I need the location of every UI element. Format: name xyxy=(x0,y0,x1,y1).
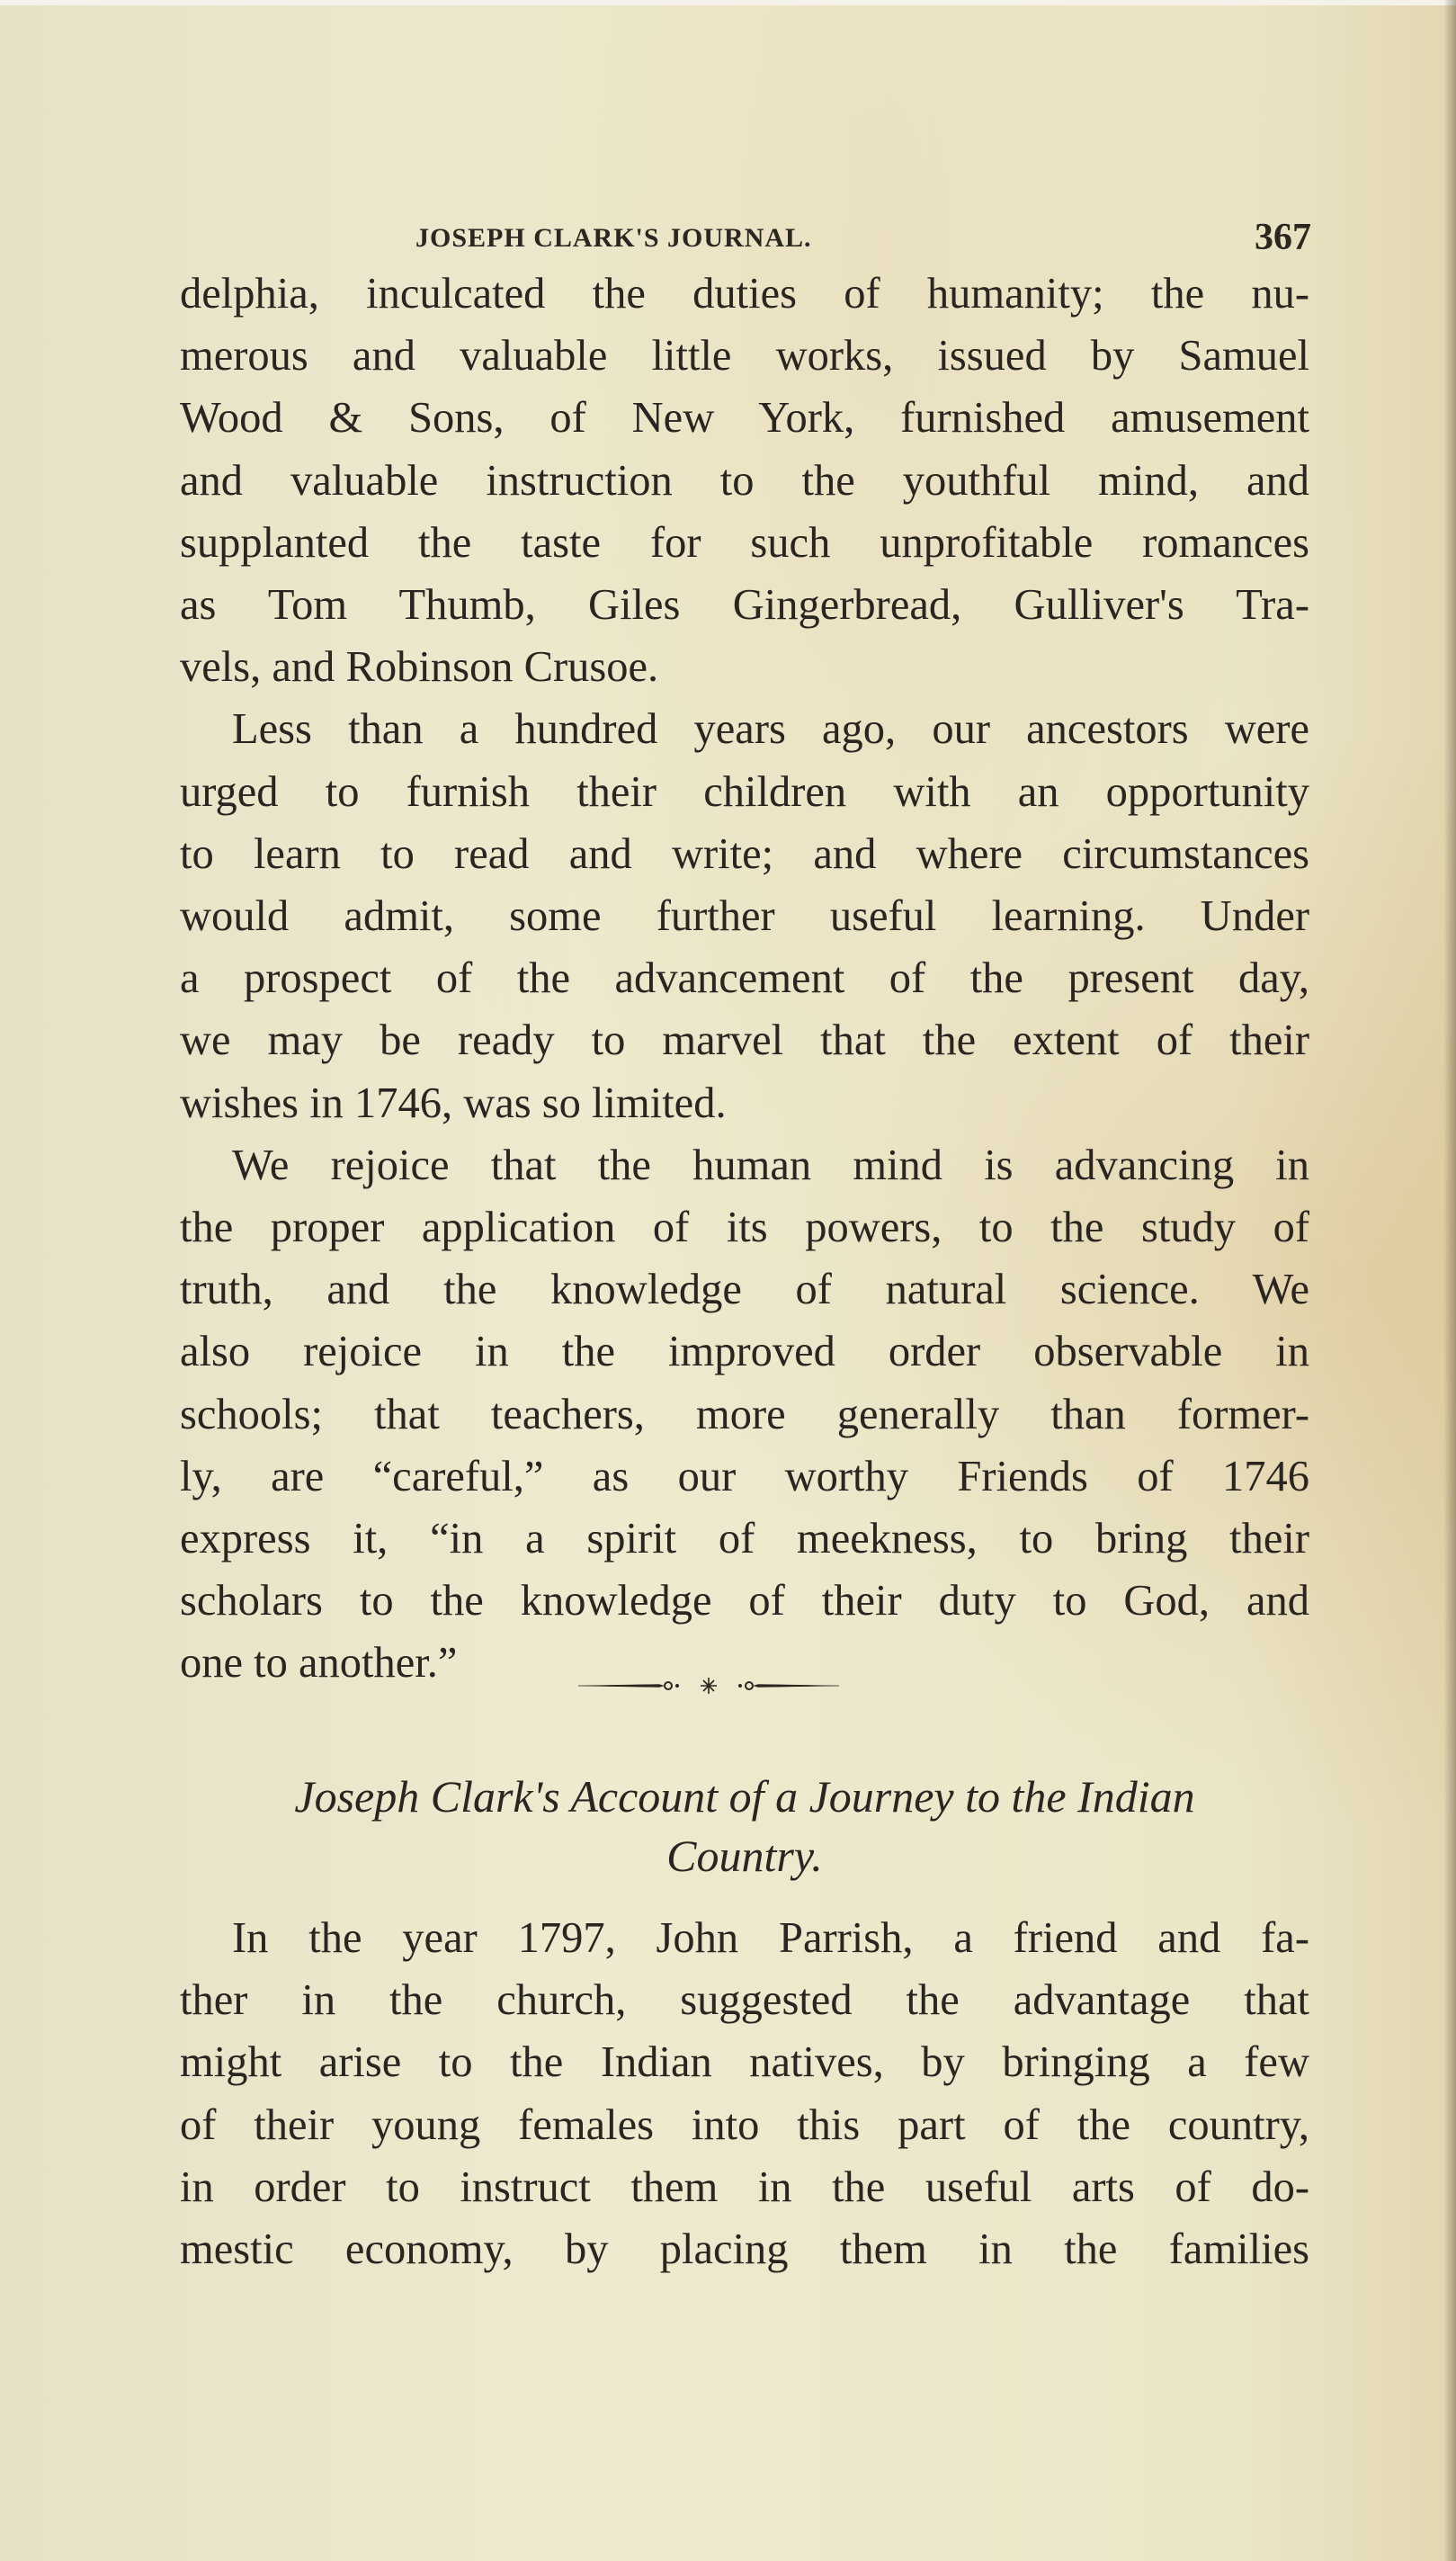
text-line: a prospect of the advancement of the pre… xyxy=(180,947,1309,1009)
section-paragraph-1: In the year 1797, John Parrish, a friend… xyxy=(180,1907,1309,2280)
text-line: and valuable instruction to the youthful… xyxy=(180,450,1309,512)
page-gutter-shadow xyxy=(1443,0,1456,2561)
paragraph-1: delphia, inculcated the duties of humani… xyxy=(180,263,1309,698)
text-line: urged to furnish their children with an … xyxy=(180,761,1309,823)
text-line: ly, are “careful,” as our worthy Friends… xyxy=(180,1446,1309,1508)
text-line: Wood & Sons, of New York, furnished amus… xyxy=(180,387,1309,449)
text-line: wishes in 1746, was so limited. xyxy=(180,1072,1309,1134)
text-line: the proper application of its powers, to… xyxy=(180,1196,1309,1258)
text-line: merous and valuable little works, issued… xyxy=(180,325,1309,387)
book-page: JOSEPH CLARK'S JOURNAL. 367 delphia, inc… xyxy=(0,0,1456,2561)
running-head: JOSEPH CLARK'S JOURNAL. xyxy=(415,223,812,254)
text-line: schools; that teachers, more generally t… xyxy=(180,1383,1309,1446)
text-line: ther in the church, suggested the advant… xyxy=(180,1969,1309,2031)
text-line: In the year 1797, John Parrish, a friend… xyxy=(180,1907,1309,1969)
text-line: Less than a hundred years ago, our ances… xyxy=(180,698,1309,760)
text-line: express it, “in a spirit of meekness, to… xyxy=(180,1508,1309,1570)
text-line: mestic economy, by placing them in the f… xyxy=(180,2218,1309,2280)
text-line: supplanted the taste for such unprofitab… xyxy=(180,512,1309,574)
text-line: in order to instruct them in the useful … xyxy=(180,2156,1309,2218)
page-top-edge xyxy=(0,0,1456,5)
body-text: delphia, inculcated the duties of humani… xyxy=(180,263,1309,1695)
text-line: to learn to read and write; and where ci… xyxy=(180,823,1309,885)
section-title-line: Joseph Clark's Account of a Journey to t… xyxy=(180,1767,1309,1826)
text-line: scholars to the knowledge of their duty … xyxy=(180,1570,1309,1632)
text-line: delphia, inculcated the duties of humani… xyxy=(180,263,1309,325)
decorative-rule-icon xyxy=(578,1677,839,1695)
page-number: 367 xyxy=(1255,216,1311,259)
paragraph-3: We rejoice that the human mind is advanc… xyxy=(180,1134,1309,1695)
text-line: of their young females into this part of… xyxy=(180,2094,1309,2156)
text-line: might arise to the Indian natives, by br… xyxy=(180,2031,1309,2093)
text-line: as Tom Thumb, Giles Gingerbread, Gullive… xyxy=(180,574,1309,636)
text-line: truth, and the knowledge of natural scie… xyxy=(180,1258,1309,1321)
text-line: we may be ready to marvel that the exten… xyxy=(180,1009,1309,1071)
paragraph-2: Less than a hundred years ago, our ances… xyxy=(180,698,1309,1133)
section-title: Joseph Clark's Account of a Journey to t… xyxy=(180,1767,1309,1885)
text-line: We rejoice that the human mind is advanc… xyxy=(180,1134,1309,1196)
text-line: also rejoice in the improved order obser… xyxy=(180,1321,1309,1383)
page-header: JOSEPH CLARK'S JOURNAL. 367 xyxy=(415,216,1311,270)
section-title-line: Country. xyxy=(180,1826,1309,1885)
text-line: vels, and Robinson Crusoe. xyxy=(180,636,1309,698)
text-line: would admit, some further useful learnin… xyxy=(180,885,1309,947)
